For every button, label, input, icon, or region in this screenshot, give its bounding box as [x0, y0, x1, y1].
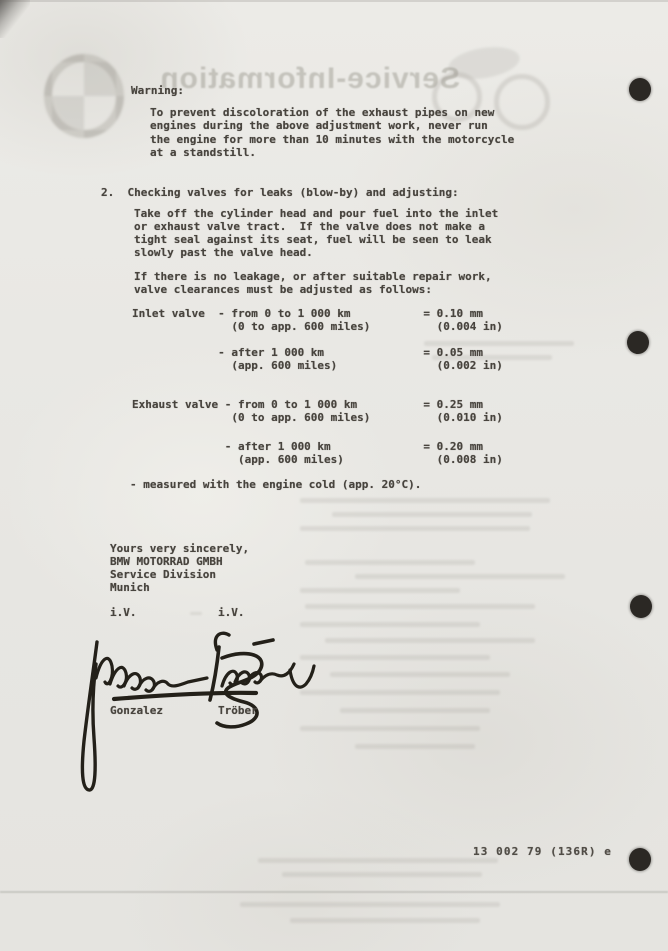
punch-hole: [629, 78, 651, 101]
punch-hole: [627, 331, 649, 354]
body-line: valve clearances must be adjusted as fol…: [134, 283, 432, 296]
warning-line: the engine for more than 10 minutes with…: [150, 133, 514, 146]
bleedthrough-line: [305, 560, 475, 565]
bleedthrough-line: [325, 638, 535, 643]
document-number: 13 002 79 (136R) e: [473, 845, 612, 858]
bleedthrough-line: [240, 902, 500, 907]
bleedthrough-line: [355, 574, 565, 579]
warning-heading: Warning:: [131, 84, 184, 97]
scanned-page: Service-Information Warning: To prevent …: [0, 0, 668, 951]
signature-name-left: Gonzalez: [110, 704, 163, 717]
valve-spec-line: Exhaust valve - from 0 to 1 000 km = 0.2…: [132, 398, 483, 411]
body-line: If there is no leakage, or after suitabl…: [134, 270, 492, 283]
warning-line: at a standstill.: [150, 146, 256, 159]
body-line: Take off the cylinder head and pour fuel…: [134, 207, 498, 220]
bleedthrough-line: [190, 612, 202, 615]
bleedthrough-line: [258, 858, 498, 863]
punch-hole: [630, 595, 652, 618]
valve-spec-line: - after 1 000 km = 0.20 mm: [132, 440, 483, 453]
page-top-edge: [0, 0, 668, 2]
bleedthrough-line: [330, 672, 510, 677]
body-line: tight seal against its seat, fuel will b…: [134, 233, 492, 246]
bmw-roundel-bleedthrough-icon: [44, 54, 124, 138]
bleedthrough-line: [340, 708, 490, 713]
warning-line: To prevent discoloration of the exhaust …: [150, 106, 494, 119]
page-fold-line: [0, 891, 668, 893]
valve-spec-line: (0 to app. 600 miles) (0.010 in): [132, 411, 503, 424]
signature-name-right: Tröber: [218, 704, 258, 717]
closing-line: Service Division: [110, 568, 216, 581]
body-line: slowly past the valve head.: [134, 246, 313, 259]
punch-hole: [629, 848, 651, 871]
bleedthrough-line: [332, 512, 532, 517]
bleedthrough-line: [300, 498, 550, 503]
measurement-note: - measured with the engine cold (app. 20…: [130, 478, 421, 491]
signatures-graphic: [60, 626, 340, 806]
closing-line: BMW MOTORRAD GMBH: [110, 555, 223, 568]
valve-spec-line: (app. 600 miles) (0.002 in): [132, 359, 503, 372]
valve-spec-line: (0 to app. 600 miles) (0.004 in): [132, 320, 503, 333]
bleedthrough-line: [282, 872, 482, 877]
warning-line: engines during the above adjustment work…: [150, 119, 488, 132]
closing-line: Munich: [110, 581, 150, 594]
section-heading: 2. Checking valves for leaks (blow-by) a…: [101, 186, 459, 199]
bleedthrough-line: [300, 588, 460, 593]
closing-line: Yours very sincerely,: [110, 542, 249, 555]
valve-spec-line: - after 1 000 km = 0.05 mm: [132, 346, 483, 359]
bleedthrough-line: [300, 526, 530, 531]
valve-spec-line: Inlet valve - from 0 to 1 000 km = 0.10 …: [132, 307, 483, 320]
page-corner-curl: [0, 0, 30, 38]
iv-right: i.V.: [218, 606, 245, 619]
bleedthrough-line: [290, 918, 480, 923]
valve-spec-line: (app. 600 miles) (0.008 in): [132, 453, 503, 466]
bleedthrough-line: [355, 744, 475, 749]
body-line: or exhaust valve tract. If the valve doe…: [134, 220, 485, 233]
bleedthrough-line: [305, 604, 535, 609]
iv-left: i.V.: [110, 606, 137, 619]
